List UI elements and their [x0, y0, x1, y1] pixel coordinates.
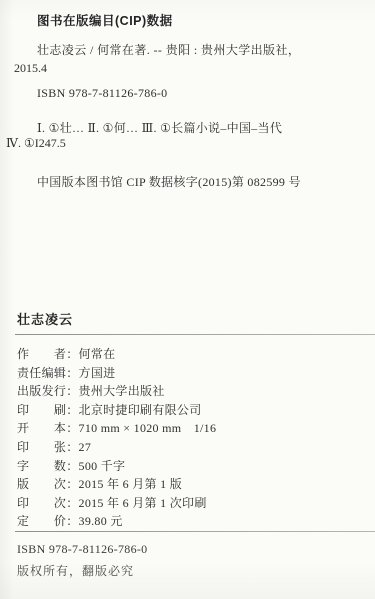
cip-entry-line1: 壮志凌云 / 何常在著. -- 贵阳 : 贵州大学出版社， [37, 41, 300, 58]
colophon-row-word-count: 字 数：500 千字 [17, 457, 216, 476]
colophon-row-editor: 责任编辑：方国进 [17, 364, 216, 383]
row-label: 开 本： [17, 421, 79, 435]
colophon-row-sheets: 印 张：27 [17, 438, 216, 457]
colophon-row-edition: 版 次：2015 年 6 月第 1 版 [17, 475, 216, 494]
row-value: 何常在 [79, 347, 116, 361]
cip-classification-line1: Ⅰ. ①壮… Ⅱ. ①何… Ⅲ. ①长篇小说–中国–当代 [37, 119, 282, 136]
footer-isbn: ISBN 978-7-81126-786-0 [17, 542, 147, 557]
cip-isbn-line: ISBN 978-7-81126-786-0 [37, 86, 167, 101]
colophon-row-format: 开 本：710 mm × 1020 mm 1/16 [17, 419, 216, 438]
row-value: 710 mm × 1020 mm 1/16 [79, 421, 217, 435]
colophon-row-author: 作 者：何常在 [17, 345, 216, 364]
row-value: 39.80 元 [79, 514, 123, 528]
row-value: 27 [79, 440, 92, 454]
row-label: 出版发行： [17, 384, 79, 398]
row-value: 2015 年 6 月第 1 次印刷 [79, 496, 207, 510]
row-label: 印 张： [17, 440, 79, 454]
row-label: 印 刷： [17, 403, 79, 417]
cip-record-number-line: 中国版本图书馆 CIP 数据核字(2015)第 082599 号 [37, 173, 301, 190]
book-title: 壮志凌云 [17, 309, 73, 328]
cip-classification-line2: Ⅳ. ①I247.5 [6, 136, 66, 151]
book-copyright-page: 图书在版编目(CIP)数据 壮志凌云 / 何常在著. -- 贵阳 : 贵州大学出… [0, 0, 375, 599]
divider-top-rule [15, 334, 375, 335]
colophon-rows: 作 者：何常在 责任编辑：方国进 出版发行：贵州大学出版社 印 刷：北京时捷印刷… [17, 345, 216, 531]
cip-entry-line2: 2015.4 [14, 61, 47, 76]
row-label: 定 价： [17, 514, 79, 528]
row-label: 字 数： [17, 459, 79, 473]
footer-copyright-notice: 版权所有，翻版必究 [17, 562, 134, 579]
row-value: 2015 年 6 月第 1 版 [79, 477, 183, 491]
row-label: 责任编辑： [17, 366, 79, 380]
row-value: 方国进 [79, 366, 116, 380]
colophon-row-printer: 印 刷：北京时捷印刷有限公司 [17, 401, 216, 420]
row-value: 北京时捷印刷有限公司 [79, 403, 202, 417]
row-label: 作 者： [17, 347, 79, 361]
cip-heading: 图书在版编目(CIP)数据 [37, 11, 173, 29]
colophon-row-price: 定 价：39.80 元 [17, 512, 216, 531]
row-label: 版 次： [17, 477, 79, 491]
colophon-row-publisher: 出版发行：贵州大学出版社 [17, 382, 216, 401]
colophon-row-printing: 印 次：2015 年 6 月第 1 次印刷 [17, 494, 216, 513]
row-value: 贵州大学出版社 [79, 384, 165, 398]
divider-bottom-rule [15, 531, 375, 532]
row-label: 印 次： [17, 496, 79, 510]
row-value: 500 千字 [79, 459, 126, 473]
